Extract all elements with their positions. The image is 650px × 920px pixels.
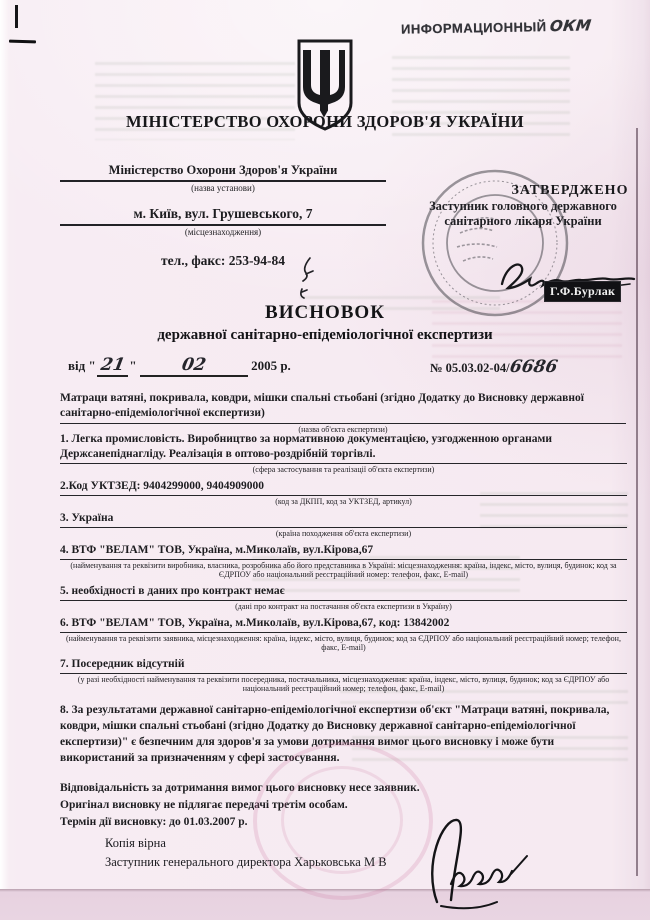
section-7-value: 7. Посередник відсутній — [60, 657, 627, 674]
section-8-value: 8. За результатами державної санітарно-е… — [60, 702, 627, 767]
document-title: ВИСНОВОК — [0, 302, 650, 324]
section-6-caption: (найменування та реквізити заявника, міс… — [60, 633, 627, 652]
section-6-applicant: 6. ВТФ "ВЕЛАМ" ТОВ, Україна, м.Миколаїв,… — [60, 616, 627, 652]
document-subtitle: державної санітарно-епідеміологічної екс… — [0, 327, 650, 344]
approver-name-plate: Г.Ф.Бурлак — [545, 282, 620, 301]
closing-statements: Відповідальність за дотримання вимог цьо… — [60, 780, 627, 831]
section-3-caption: (країна походження об'єкта експертизи) — [60, 528, 627, 538]
section-7-intermediary: 7. Посередник відсутній (у разі необхідн… — [60, 657, 627, 693]
date-month-handwritten: 02 — [180, 355, 207, 375]
approved-stamp-label: ЗАТВЕРДЖЕНО — [492, 183, 648, 199]
institution-name: Міністерство Охорони Здоров'я України — [60, 163, 386, 182]
closing-line-responsibility: Відповідальність за дотримання вимог цьо… — [60, 780, 627, 797]
section-7-caption: (у разі необхідності найменування та рек… — [60, 674, 627, 693]
section-4-manufacturer: 4. ВТФ "ВЕЛАМ" ТОВ, Україна, м.Миколаїв,… — [60, 543, 627, 579]
date-prefix: від — [68, 358, 85, 373]
section-2-value: 2.Код УКТЗЕД: 9404299000, 9404909000 — [60, 479, 627, 496]
section-3-value: 3. Україна — [60, 511, 627, 528]
copy-certification-block: Копія вірна Заступник генерального дирек… — [105, 834, 387, 872]
institution-address-caption: (місцезнаходження) — [60, 226, 386, 237]
sections-list: 1. Легка промисловість. Виробництво за н… — [60, 432, 627, 831]
section-4-caption: (найменування та реквізити виробника, вл… — [60, 560, 627, 579]
page-edge-line — [636, 128, 638, 876]
deputy-director-signature — [415, 812, 535, 917]
scanner-background-strip — [0, 889, 650, 920]
scanned-document: ИНФОРМАЦИОННЫЙОКМ МІНІСТЕРСТВО ОХОРОНИ З… — [0, 0, 650, 920]
info-stamp: ИНФОРМАЦИОННЫЙОКМ — [401, 16, 592, 37]
date-quote-open: " — [88, 358, 95, 373]
expertise-object-name: Матраци ватяні, покривала, ковдри, мішки… — [60, 391, 626, 424]
info-stamp-handwritten: ОКМ — [549, 16, 593, 35]
section-4-value: 4. ВТФ "ВЕЛАМ" ТОВ, Україна, м.Миколаїв,… — [60, 543, 627, 560]
copy-note: Копія вірна — [105, 834, 387, 853]
section-2-code: 2.Код УКТЗЕД: 9404299000, 9404909000 (ко… — [60, 479, 627, 506]
institution-block: Міністерство Охорони Здоров'я України (н… — [60, 163, 386, 269]
closing-line-original: Оригінал висновку не підлягає передачі т… — [60, 797, 627, 814]
section-1-caption: (сфера застосування та реалізації об'єкт… — [60, 464, 627, 474]
section-8-conclusion: 8. За результатами державної санітарно-е… — [60, 702, 627, 767]
section-6-value: 6. ВТФ "ВЕЛАМ" ТОВ, Україна, м.Миколаїв,… — [60, 616, 627, 633]
section-5-contract: 5. необхідності в даних про контракт нем… — [60, 584, 627, 611]
pen-mark-vertical — [15, 5, 18, 28]
date-day-handwritten: 21 — [99, 355, 126, 375]
expertise-object-block: Матраци ватяні, покривала, ковдри, мішки… — [60, 391, 626, 434]
document-number-label: № 05.03.02-04/ — [430, 361, 510, 375]
pen-mark-arrow — [9, 40, 36, 44]
date-line: від "21" 02 2005 р. — [68, 355, 291, 377]
copy-signer: Заступник генерального директора Харьков… — [105, 853, 387, 872]
approver-title: Заступник головного державного санітарно… — [398, 199, 648, 229]
ministry-heading: МІНІСТЕРСТВО ОХОРОНИ ЗДОРОВ'Я УКРАЇНИ — [0, 112, 650, 132]
closing-line-validity: Термін дії висновку: до 01.03.2007 р. — [60, 814, 627, 831]
institution-name-caption: (назва установи) — [60, 182, 386, 193]
section-5-caption: (дані про контракт на постачання об'єкта… — [60, 601, 627, 611]
info-stamp-printed: ИНФОРМАЦИОННЫЙ — [401, 19, 547, 37]
section-1-value: 1. Легка промисловість. Виробництво за н… — [60, 432, 627, 464]
document-number-handwritten: 6686 — [508, 357, 559, 377]
document-number: № 05.03.02-04/6686 — [430, 357, 557, 377]
approver-title-line1: Заступник головного державного — [429, 199, 617, 213]
section-3-country: 3. Україна (країна походження об'єкта ек… — [60, 511, 627, 538]
approver-title-line2: санітарного лікаря України — [444, 214, 601, 228]
handwritten-paraph — [296, 254, 318, 307]
section-5-value: 5. необхідності в даних про контракт нем… — [60, 584, 627, 601]
date-year: 2005 р. — [251, 358, 291, 373]
institution-address: м. Київ, вул. Грушевського, 7 — [60, 206, 386, 226]
section-1-scope: 1. Легка промисловість. Виробництво за н… — [60, 432, 627, 474]
institution-phone: тел., факс: 253-94-84 — [60, 253, 386, 269]
section-2-caption: (код за ДКПП, код за УКТЗЕД, артикул) — [60, 496, 627, 506]
date-quote-close: " — [129, 358, 136, 373]
